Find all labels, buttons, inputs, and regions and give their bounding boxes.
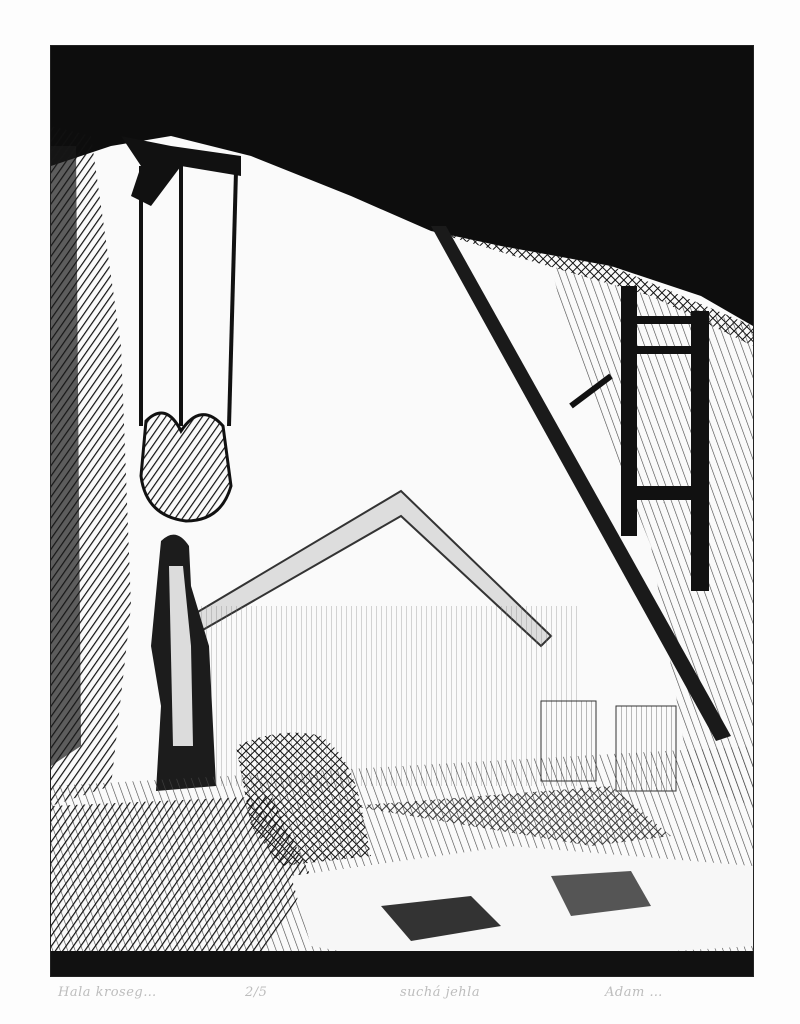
etching-artwork [51,46,753,976]
title-annotation: Hala kroseg… [58,985,157,1000]
artist-signature: Adam … [605,985,663,1000]
technique-annotation: suchá jehla [400,985,480,1000]
etching-plate [50,45,754,977]
edition-number: 2/5 [245,985,267,1000]
